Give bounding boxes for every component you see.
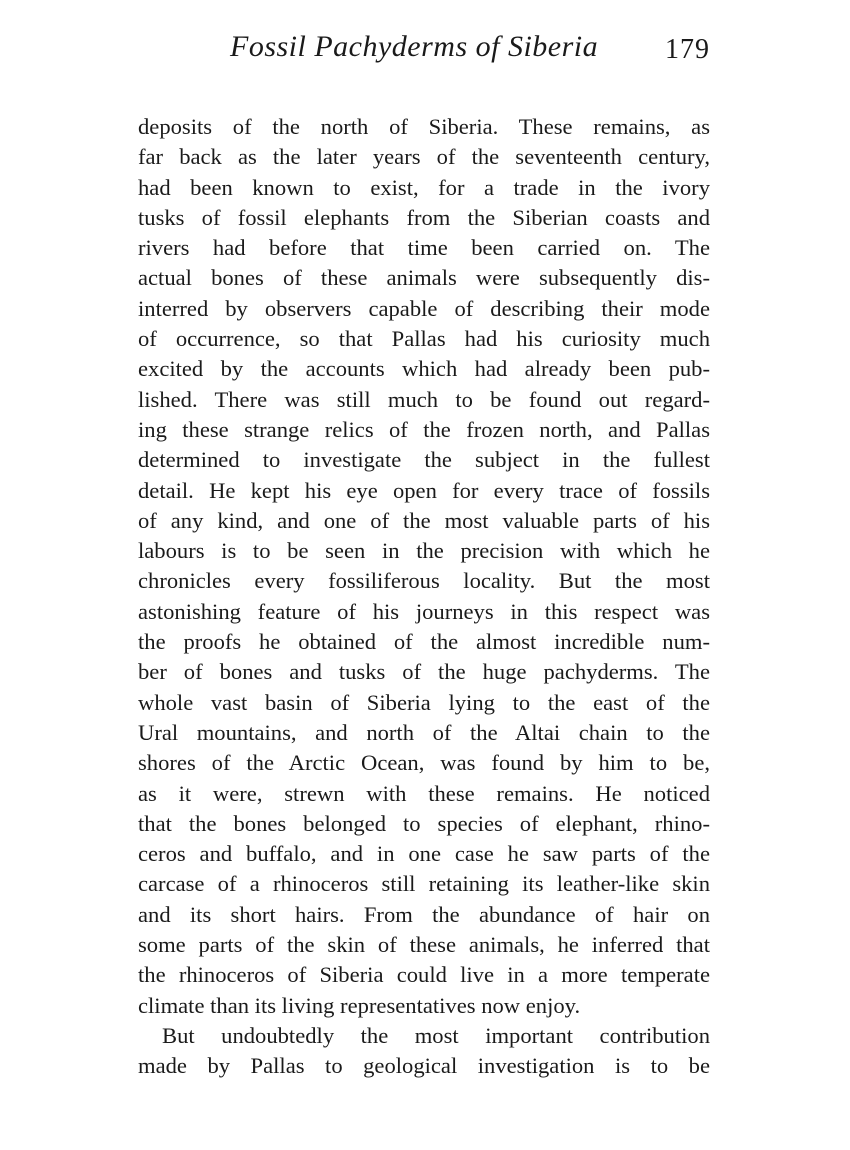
text-line: carcase of a rhinoceros still retaining … [138, 869, 710, 899]
body-text: deposits of the north of Siberia. These … [138, 112, 710, 1082]
text-line: made by Pallas to geological investigati… [138, 1051, 710, 1081]
text-line: climate than its living representatives … [138, 991, 710, 1021]
text-line: deposits of the north of Siberia. These … [138, 112, 710, 142]
text-line: But undoubtedly the most important contr… [138, 1021, 710, 1051]
text-line: some parts of the skin of these animals,… [138, 930, 710, 960]
text-line: had been known to exist, for a trade in … [138, 173, 710, 203]
text-line: that the bones belonged to species of el… [138, 809, 710, 839]
text-line: tusks of fossil elephants from the Siber… [138, 203, 710, 233]
text-line: detail. He kept his eye open for every t… [138, 476, 710, 506]
paragraph-1: deposits of the north of Siberia. These … [138, 112, 710, 1021]
text-line: shores of the Arctic Ocean, was found by… [138, 748, 710, 778]
text-line: of any kind, and one of the most valuabl… [138, 506, 710, 536]
text-line: lished. There was still much to be found… [138, 385, 710, 415]
text-line: ing these strange relics of the frozen n… [138, 415, 710, 445]
text-line: rivers had before that time been carried… [138, 233, 710, 263]
text-line: Ural mountains, and north of the Altai c… [138, 718, 710, 748]
text-line: chronicles every fossiliferous locality.… [138, 566, 710, 596]
text-line: excited by the accounts which had alread… [138, 354, 710, 384]
text-line: ceros and buffalo, and in one case he sa… [138, 839, 710, 869]
text-line: ber of bones and tusks of the huge pachy… [138, 657, 710, 687]
page-number: 179 [665, 34, 710, 66]
running-head: Fossil Pachyderms of Siberia 179 [138, 30, 710, 80]
text-line: determined to investigate the subject in… [138, 445, 710, 475]
text-line: as it were, strewn with these remains. H… [138, 779, 710, 809]
text-line: the rhinoceros of Siberia could live in … [138, 960, 710, 990]
text-line: astonishing feature of his journeys in t… [138, 597, 710, 627]
paragraph-2: But undoubtedly the most important contr… [138, 1021, 710, 1082]
text-line: interred by observers capable of describ… [138, 294, 710, 324]
book-page: Fossil Pachyderms of Siberia 179 deposit… [0, 0, 850, 1150]
text-line: the proofs he obtained of the almost inc… [138, 627, 710, 657]
text-line: of occurrence, so that Pallas had his cu… [138, 324, 710, 354]
text-line: and its short hairs. From the abundance … [138, 900, 710, 930]
text-line: actual bones of these animals were subse… [138, 263, 710, 293]
text-line: far back as the later years of the seven… [138, 142, 710, 172]
running-title: Fossil Pachyderms of Siberia [230, 30, 598, 64]
text-line: whole vast basin of Siberia lying to the… [138, 688, 710, 718]
text-line: labours is to be seen in the precision w… [138, 536, 710, 566]
